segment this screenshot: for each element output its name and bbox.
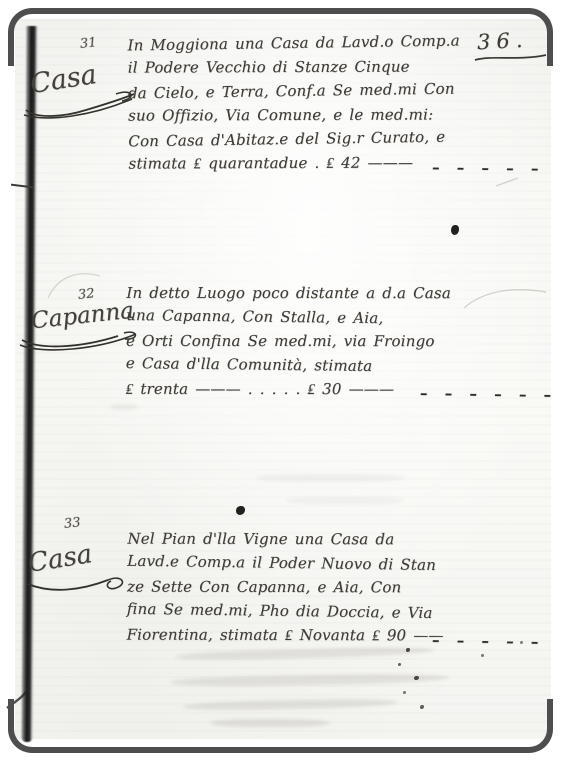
margin-label-flourish [20, 86, 138, 122]
text-line: e Casa d'lla Comunità, stimata [126, 351, 452, 379]
text-line: ₤ trenta ——— . . . . . ₤ 30 ——— [126, 377, 452, 401]
bleed-through-stain [175, 646, 435, 662]
faint-pencil-curl [44, 268, 104, 302]
ledger-dashes: – – – – – – [420, 384, 554, 404]
bleed-through-stain [255, 474, 405, 482]
text-line: ze Sette Con Capanna, e Aia, Con [127, 575, 453, 600]
entry-number: 33 [63, 515, 81, 532]
bleed-through-stain [285, 497, 405, 504]
bleed-through-stain [170, 673, 450, 688]
manuscript-scan-page: 36. 31 Casa In Moggiona una Casa da Lavd… [0, 0, 564, 760]
ledger-dashes: – – – – – [432, 631, 542, 651]
text-line: suo Offizio, Via Comune, e le med.mi: [128, 102, 454, 127]
text-line: da Cielo, e Terra, Conf.a Se med.mi Con [128, 77, 454, 106]
faint-pencil-curl [462, 282, 548, 316]
text-line: stimata ₤ quarantadue . ₤ 42 ——— [128, 150, 454, 175]
text-line: fina Se med.mi, Pho dia Doccia, e Via [127, 597, 453, 626]
text-line: Nel Pian d'lla Vigne una Casa da [127, 527, 453, 552]
entry-text-block: In detto Luogo poco distante a d.a Casa … [126, 280, 453, 402]
faint-check-mark [494, 176, 520, 190]
scan-frame-bottom [8, 699, 553, 753]
text-line: una Capanna, Con Stalla, e Aia, [126, 303, 452, 331]
entry-text-block: Nel Pian d'lla Vigne una Casa da Lavd.e … [126, 526, 453, 649]
margin-label-flourish [18, 326, 140, 356]
text-line: Lavd.e Comp.a il Poder Nuovo di Stan [127, 549, 453, 578]
text-line: In detto Luogo poco distante a d.a Casa [126, 281, 452, 305]
ledger-dashes: – – – – – [432, 158, 542, 177]
margin-label-flourish [24, 566, 128, 598]
text-line: Con Casa d'Abitaz.e del Sig.r Curato, e [128, 125, 454, 154]
scan-frame-top [8, 8, 553, 66]
text-line: Fiorentina, stimata ₤ Novanta ₤ 90 —— [127, 623, 453, 648]
bleed-through-stain [110, 404, 138, 410]
text-line: e Orti Confina Se med.mi, via Froingo [126, 329, 452, 353]
